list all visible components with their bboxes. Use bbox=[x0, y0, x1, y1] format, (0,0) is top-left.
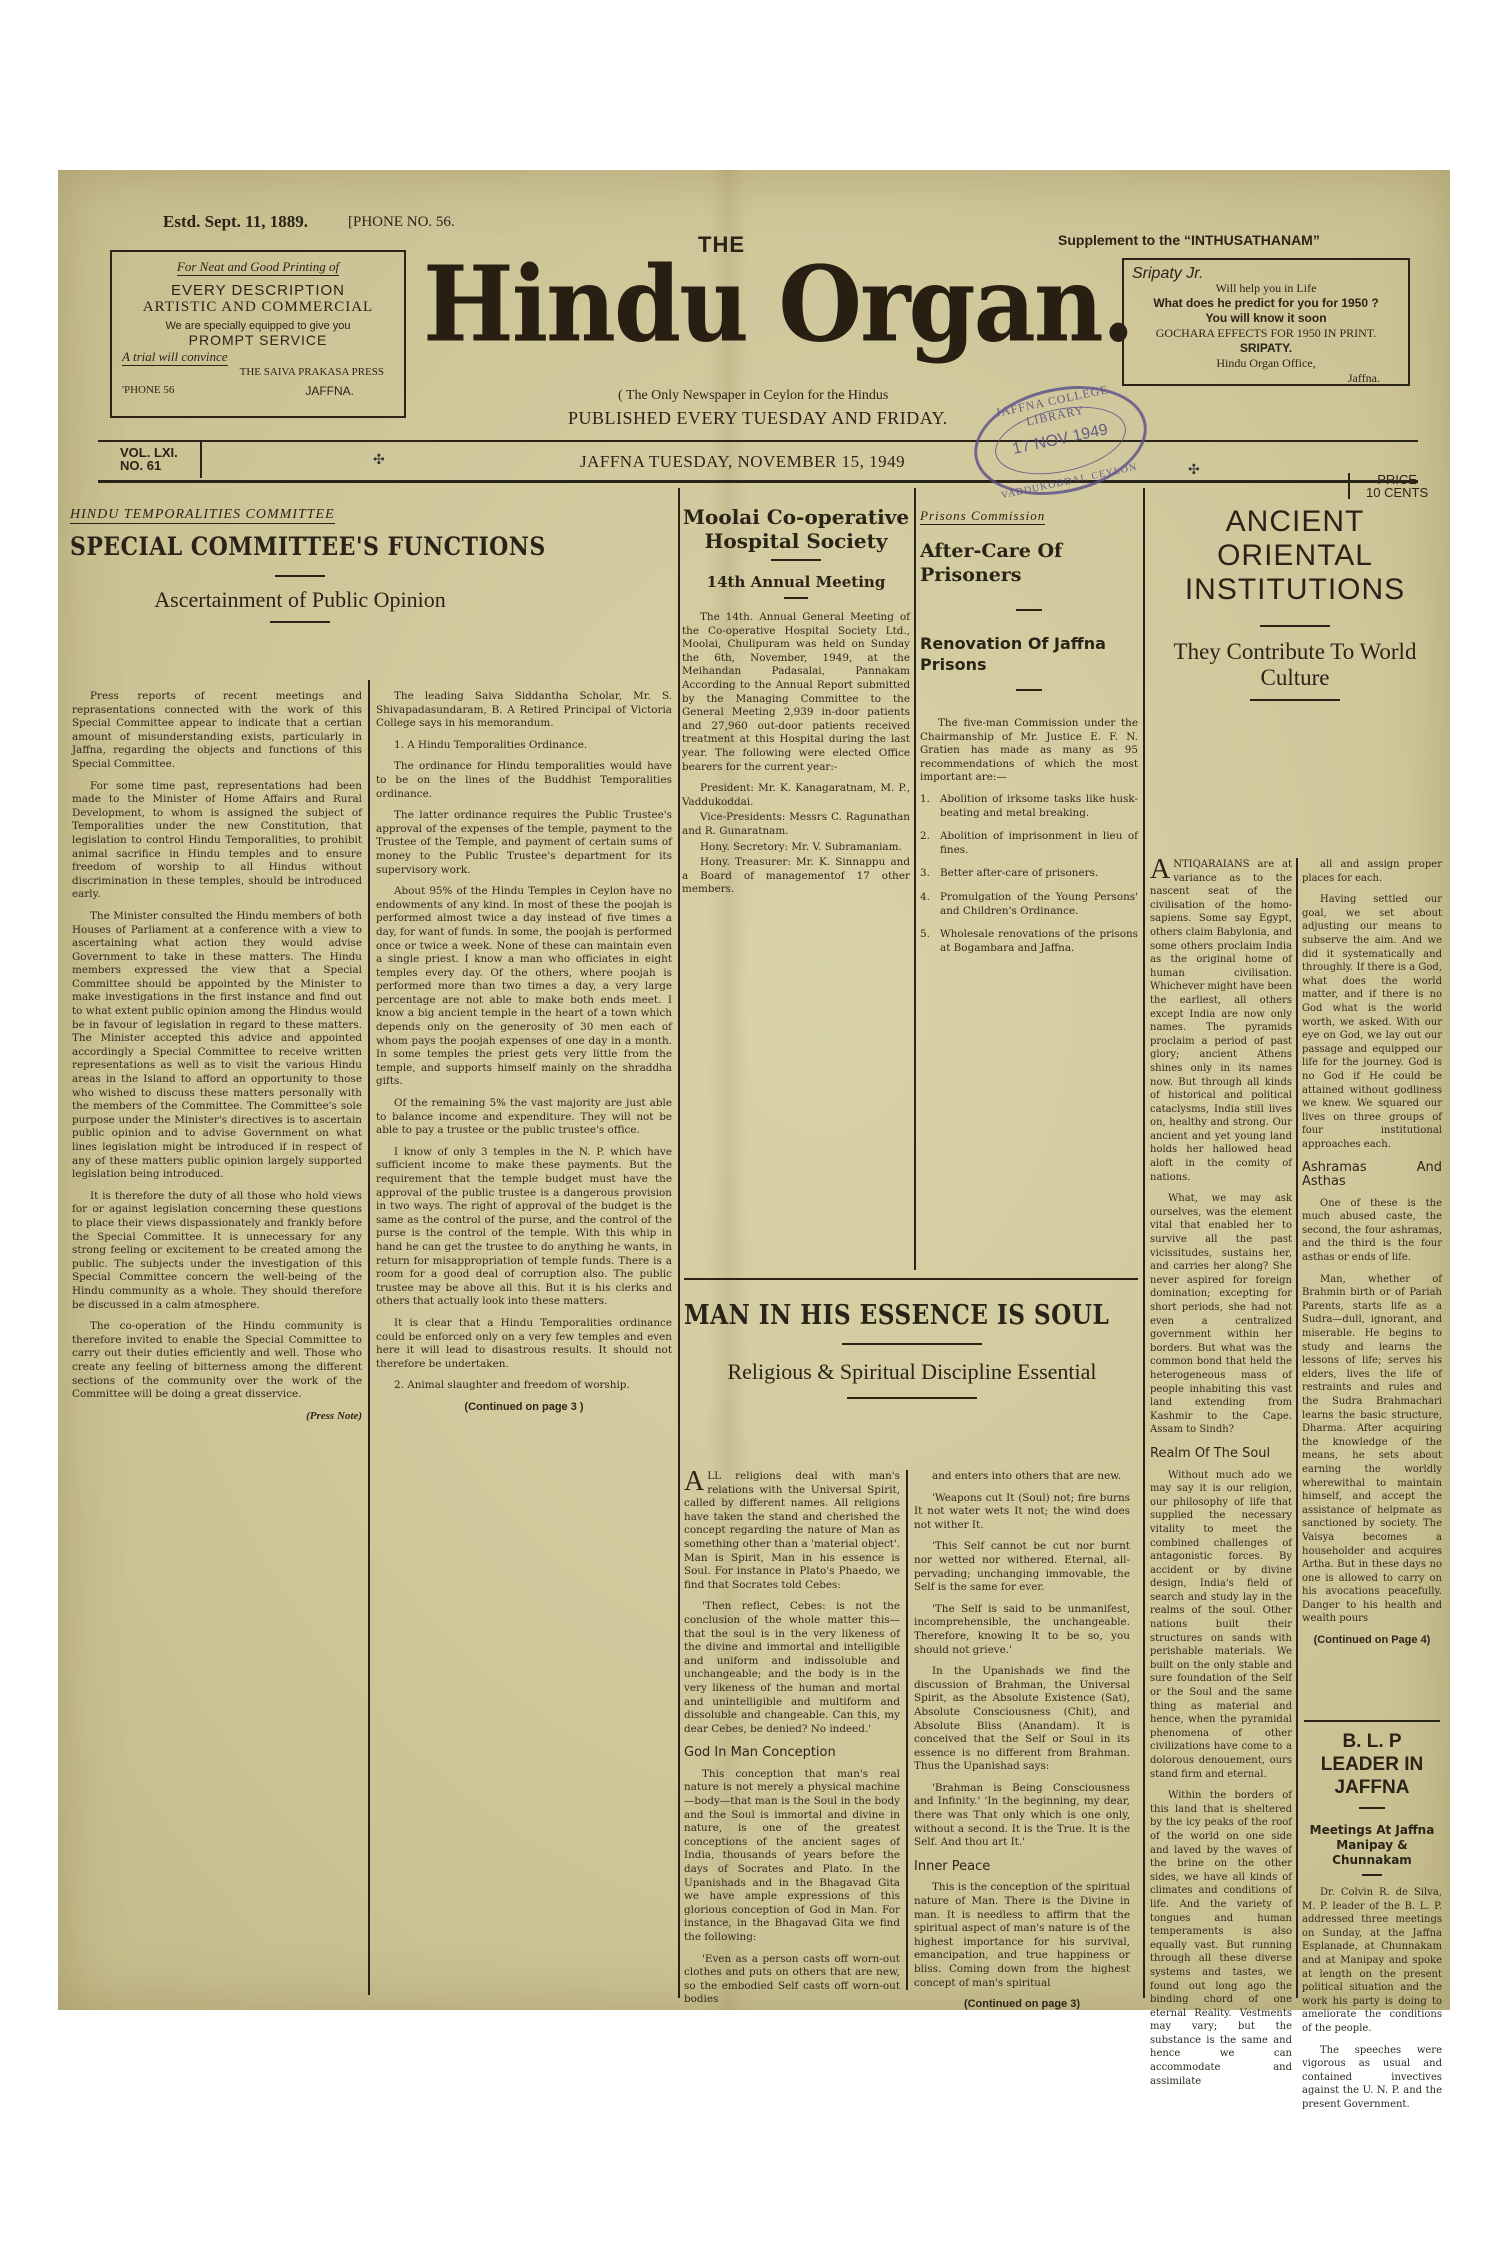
item-number: 2. bbox=[920, 830, 940, 857]
paragraph: 'Then reflect, Cebes: is not the conclus… bbox=[684, 1600, 900, 1736]
headline: SPECIAL COMMITTEE'S FUNCTIONS bbox=[70, 532, 475, 561]
continued-note: (Continued on page 3 ) bbox=[376, 1401, 672, 1415]
paragraph: It is therefore the duty of all those wh… bbox=[72, 1190, 362, 1312]
column-rule bbox=[678, 488, 680, 1998]
column-rule bbox=[368, 680, 370, 1995]
soul-col-2: and enters into others that are new. 'We… bbox=[914, 1470, 1130, 2012]
column-rule bbox=[914, 488, 916, 1270]
paragraph: The leading Saiva Siddantha Scholar, Mr.… bbox=[376, 690, 672, 731]
item-text: Better after-care of prisoners. bbox=[940, 867, 1098, 881]
item-number: 5. bbox=[920, 928, 940, 955]
volume-number: VOL. LXI. NO. 61 bbox=[120, 446, 178, 472]
blp-article: B. L. P LEADER IN JAFFNA Meetings At Jaf… bbox=[1302, 1730, 1442, 2120]
paragraph: 'Even as a person casts off worn-out clo… bbox=[684, 1953, 900, 2007]
phone-number: [PHONE NO. 56. bbox=[348, 214, 455, 231]
subheadline: They Contribute To World Culture bbox=[1150, 639, 1440, 691]
sripaty-line: You will know it soon bbox=[1205, 311, 1326, 325]
subheadline: Meetings At Jaffna Manipay & Chunnakam bbox=[1302, 1823, 1442, 1868]
paragraph: The five-man Commission under the Chairm… bbox=[920, 717, 1138, 785]
headline: Moolai Co-operative Hospital Society bbox=[682, 505, 910, 553]
paragraph: ANTIQARAIANS are at variance as to the n… bbox=[1150, 858, 1292, 1184]
price: PRICE 10 CENTS bbox=[1348, 473, 1428, 499]
ad-city: JAFFNA. bbox=[305, 384, 394, 398]
headline: MAN IN HIS ESSENCE IS SOUL bbox=[684, 1300, 1076, 1331]
rule bbox=[98, 440, 1418, 442]
ad-line: We are specially equipped to give you bbox=[122, 320, 394, 332]
section-heading: Ashramas And Asthas bbox=[1302, 1161, 1442, 1188]
paragraph: 1. A Hindu Temporalities Ordinance. bbox=[376, 739, 672, 753]
paragraph: The Minister consulted the Hindu members… bbox=[72, 910, 362, 1182]
paragraph: Dr. Colvin R. de Silva, M. P. leader of … bbox=[1302, 1886, 1442, 2036]
ancient-article-header: ANCIENT ORIENTAL INSTITUTIONS They Contr… bbox=[1150, 505, 1440, 701]
paragraph: About 95% of the Hindu Temples in Ceylon… bbox=[376, 885, 672, 1089]
paragraph: Having settled our goal, we set about ad… bbox=[1302, 893, 1442, 1151]
recommendation-item: 5.Wholesale renovations of the prisons a… bbox=[920, 928, 1138, 955]
item-number: 1. bbox=[920, 793, 940, 820]
paragraph: For some time past, representations had … bbox=[72, 780, 362, 902]
signoff: (Press Note) bbox=[72, 1410, 362, 1424]
dateline: JAFFNA TUESDAY, NOVEMBER 15, 1949 bbox=[580, 452, 905, 472]
paragraph: The 14th. Annual General Meeting of the … bbox=[682, 611, 910, 774]
paragraph: I know of only 3 temples in the N. P. wh… bbox=[376, 1146, 672, 1309]
newspaper-page: Estd. Sept. 11, 1889. [PHONE NO. 56. For… bbox=[58, 170, 1450, 2010]
price-value: 10 CENTS bbox=[1366, 486, 1428, 499]
section-heading: God In Man Conception bbox=[684, 1746, 900, 1760]
paragraph: ALL religions deal with man's relations … bbox=[684, 1470, 900, 1592]
recommendation-item: 1.Abolition of irksome tasks like husk-b… bbox=[920, 793, 1138, 820]
ad-line: For Neat and Good Printing of bbox=[177, 259, 339, 276]
paragraph: Man, whether of Brahmin birth or of Pari… bbox=[1302, 1273, 1442, 1626]
sripaty-address: Hindu Organ Office, bbox=[1132, 356, 1400, 371]
rule bbox=[200, 440, 202, 478]
paragraph: all and assign proper places for each. bbox=[1302, 858, 1442, 885]
item-text: Promulgation of the Young Persons' and C… bbox=[940, 891, 1138, 918]
paragraph: Press reports of recent meetings and rep… bbox=[72, 690, 362, 772]
headline: After-Care Of Prisoners bbox=[920, 539, 1138, 587]
committee-article-header: HINDU TEMPORALITIES COMMITTEE SPECIAL CO… bbox=[70, 503, 530, 631]
ornament-icon: ✣ bbox=[373, 452, 385, 468]
ad-line: EVERY DESCRIPTION bbox=[122, 282, 394, 299]
paragraph: President: Mr. K. Kanagaratnam, M. P., V… bbox=[682, 782, 910, 809]
headline: B. L. P LEADER IN JAFFNA bbox=[1302, 1730, 1442, 1799]
sripaty-address: Jaffna. bbox=[1132, 371, 1400, 386]
section-heading: Realm Of The Soul bbox=[1150, 1447, 1292, 1461]
paragraph: Within the borders of this land that is … bbox=[1150, 1789, 1292, 2088]
rule bbox=[1304, 1720, 1440, 1722]
ad-line: ARTISTIC AND COMMERCIAL bbox=[122, 299, 394, 316]
ad-press: THE SAIVA PRAKASA PRESS bbox=[122, 366, 394, 378]
paragraph: The speeches were vigorous as usual and … bbox=[1302, 2044, 1442, 2112]
paragraph: This conception that man's real nature i… bbox=[684, 1768, 900, 1945]
paragraph: The latter ordinance requires the Public… bbox=[376, 809, 672, 877]
committee-col-2: The leading Saiva Siddantha Scholar, Mr.… bbox=[376, 690, 672, 1415]
paragraph: The co-operation of the Hindu community … bbox=[72, 1320, 362, 1402]
rule bbox=[684, 1278, 1138, 1280]
soul-article-header: MAN IN HIS ESSENCE IS SOUL Religious & S… bbox=[684, 1300, 1140, 1399]
item-number: 3. bbox=[920, 867, 940, 881]
issue-number: NO. 61 bbox=[120, 459, 178, 472]
blp-body: Dr. Colvin R. de Silva, M. P. leader of … bbox=[1302, 1886, 1442, 2112]
column-rule bbox=[906, 1470, 908, 1990]
sripaty-title: Sripaty Jr. bbox=[1132, 266, 1400, 281]
paragraph: One of these is the much abused caste, t… bbox=[1302, 1197, 1442, 1265]
masthead-tagline: ( The Only Newspaper in Ceylon for the H… bbox=[618, 388, 888, 404]
continued-note: (Continued on Page 4) bbox=[1302, 1634, 1442, 1648]
established-date: Estd. Sept. 11, 1889. bbox=[163, 212, 308, 232]
kicker: HINDU TEMPORALITIES COMMITTEE bbox=[70, 507, 335, 524]
paragraph: Hony. Secretory: Mr. V. Subramaniam. bbox=[682, 841, 910, 855]
ancient-col-2: all and assign proper places for each. H… bbox=[1302, 858, 1442, 1648]
item-text: Abolition of irksome tasks like husk-bea… bbox=[940, 793, 1138, 820]
recommendation-item: 2.Abolition of imprisonment in lieu of f… bbox=[920, 830, 1138, 857]
masthead-title: Hindu Organ. bbox=[423, 243, 1133, 365]
ancient-col-1: ANTIQARAIANS are at variance as to the n… bbox=[1150, 858, 1292, 2096]
paragraph: 'Weapons cut It (Soul) not; fire burns I… bbox=[914, 1492, 1130, 1533]
paragraph: It is clear that a Hindu Temporalities o… bbox=[376, 1317, 672, 1371]
column-rule bbox=[1296, 858, 1298, 1998]
item-text: Abolition of imprisonment in lieu of fin… bbox=[940, 830, 1138, 857]
printing-ad: For Neat and Good Printing of EVERY DESC… bbox=[110, 250, 406, 418]
sripaty-ad: Sripaty Jr. Will help you in Life What d… bbox=[1122, 258, 1410, 386]
paragraph: 2. Animal slaughter and freedom of worsh… bbox=[376, 1379, 672, 1393]
recommendation-item: 3.Better after-care of prisoners. bbox=[920, 867, 1138, 881]
item-text: Wholesale renovations of the prisons at … bbox=[940, 928, 1138, 955]
column-rule bbox=[1143, 488, 1145, 1998]
sripaty-line: Will help you in Life bbox=[1132, 281, 1400, 296]
paragraph: 'Brahman is Being Consciousness and Infi… bbox=[914, 1782, 1130, 1850]
paragraph: Without much ado we may say it is our re… bbox=[1150, 1469, 1292, 1782]
sripaty-name: SRIPATY. bbox=[1240, 341, 1292, 355]
prisons-body: The five-man Commission under the Chairm… bbox=[920, 717, 1138, 955]
prisons-article: Prisons Commission After-Care Of Prisone… bbox=[920, 505, 1138, 965]
paragraph: Of the remaining 5% the vast majority ar… bbox=[376, 1097, 672, 1138]
subheadline: Ascertainment of Public Opinion bbox=[70, 587, 530, 613]
paragraph: This is the conception of the spiritual … bbox=[914, 1881, 1130, 1990]
library-stamp: JAFFNA COLLEGE LIBRARY 17 NOV 1949 VADDU… bbox=[964, 371, 1157, 510]
paragraph: The ordinance for Hindu temporalities wo… bbox=[376, 760, 672, 801]
paragraph: 'This Self cannot be cut nor burnt nor w… bbox=[914, 1540, 1130, 1594]
paragraph: 'The Self is said to be unmanifest, inco… bbox=[914, 1603, 1130, 1657]
ad-phone: 'PHONE 56 bbox=[122, 384, 174, 398]
moolai-article: Moolai Co-operative Hospital Society 14t… bbox=[682, 505, 910, 899]
subheadline: Religious & Spiritual Discipline Essenti… bbox=[684, 1359, 1140, 1385]
paragraph: and enters into others that are new. bbox=[914, 1470, 1130, 1484]
recommendations-list: 1.Abolition of irksome tasks like husk-b… bbox=[920, 793, 1138, 955]
headline: ANCIENT ORIENTAL INSTITUTIONS bbox=[1150, 505, 1440, 607]
paragraph: Hony. Treasurer: Mr. K. Sinnappu and a B… bbox=[682, 856, 910, 897]
subheadline: Renovation Of Jaffna Prisons bbox=[920, 633, 1138, 675]
rule bbox=[98, 480, 1418, 483]
paragraph: Vice-Presidents: Messrs C. Ragunathan an… bbox=[682, 811, 910, 838]
paragraph: What, we may ask ourselves, was the elem… bbox=[1150, 1192, 1292, 1437]
ad-line: PROMPT SERVICE bbox=[122, 332, 394, 348]
supplement-note: Supplement to the “INTHUSATHANAM” bbox=[1058, 232, 1320, 248]
continued-note: (Continued on page 3) bbox=[914, 1998, 1130, 2012]
subheadline: 14th Annual Meeting bbox=[682, 573, 910, 591]
kicker: Prisons Commission bbox=[920, 508, 1045, 525]
ornament-icon: ✣ bbox=[1188, 462, 1200, 478]
ad-line: A trial will convince bbox=[122, 349, 228, 366]
paragraph: In the Upanishads we find the discussion… bbox=[914, 1665, 1130, 1774]
item-number: 4. bbox=[920, 891, 940, 918]
recommendation-item: 4.Promulgation of the Young Persons' and… bbox=[920, 891, 1138, 918]
moolai-body: The 14th. Annual General Meeting of the … bbox=[682, 611, 910, 897]
sripaty-line: What does he predict for you for 1950 ? bbox=[1153, 296, 1378, 310]
sripaty-line: GOCHARA EFFECTS FOR 1950 IN PRINT. bbox=[1132, 326, 1400, 341]
masthead-published: PUBLISHED EVERY TUESDAY AND FRIDAY. bbox=[568, 408, 948, 429]
section-heading: Inner Peace bbox=[914, 1860, 1130, 1874]
committee-col-1: Press reports of recent meetings and rep… bbox=[72, 690, 362, 1423]
soul-col-1: ALL religions deal with man's relations … bbox=[684, 1470, 900, 2015]
